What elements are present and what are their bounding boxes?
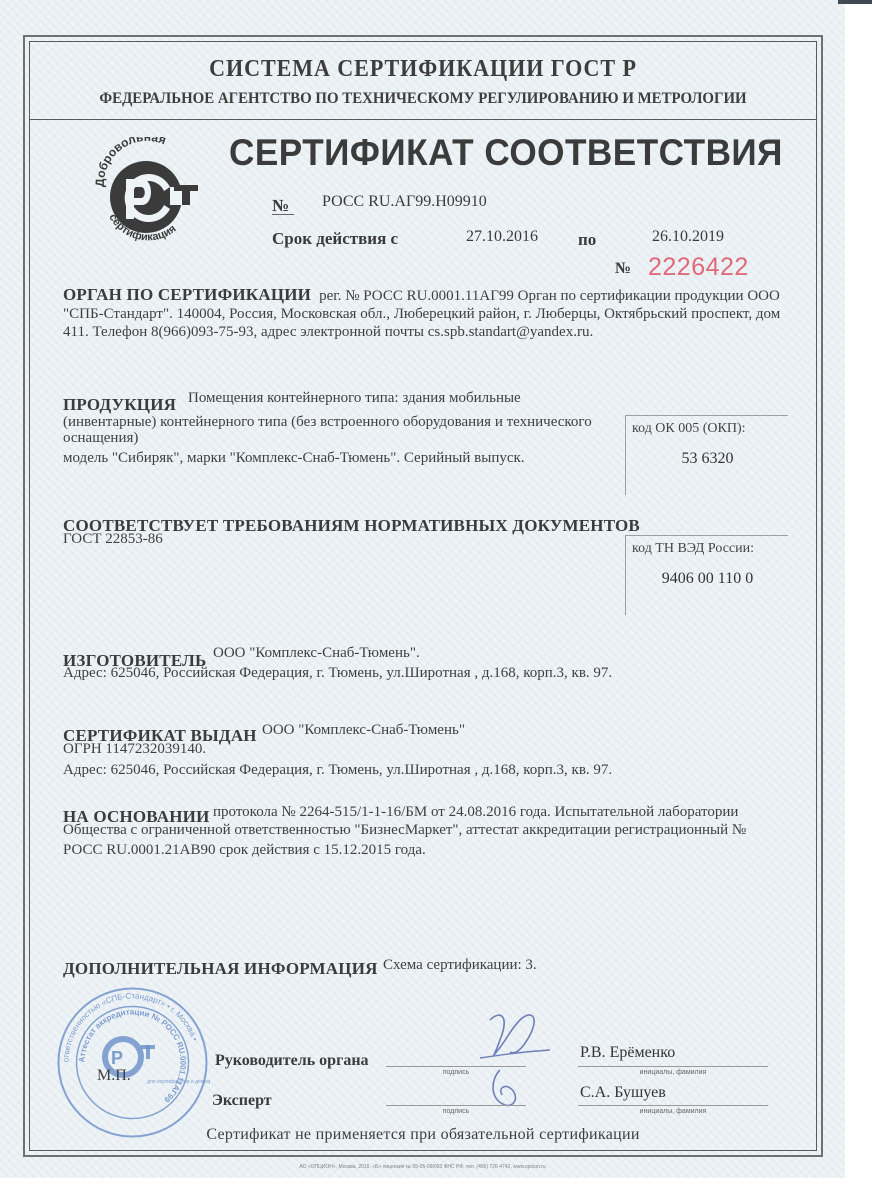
header-separator bbox=[29, 119, 817, 120]
tnved-code-box: код ТН ВЭД России: 9406 00 110 0 bbox=[625, 535, 788, 615]
scan-edge-mark bbox=[838, 0, 872, 4]
product-line-1: Помещения контейнерного типа: здания моб… bbox=[188, 390, 521, 407]
valid-to-label: по bbox=[578, 230, 596, 250]
stamp-placeholder-label: М.П. bbox=[97, 1067, 131, 1085]
manufacturer-name: ООО "Комплекс-Снаб-Тюмень". bbox=[213, 645, 420, 662]
product-label: ПРОДУКЦИЯ bbox=[63, 395, 176, 414]
validity-label: Срок действия с bbox=[272, 229, 398, 249]
okp-code-value: 53 6320 bbox=[626, 450, 789, 468]
not-mandatory-note: Сертификат не применяется при обязательн… bbox=[29, 1126, 817, 1144]
head-name-line bbox=[578, 1066, 768, 1067]
head-signature-caption: подпись bbox=[386, 1069, 526, 1076]
head-name: Р.В. Ерёменко bbox=[580, 1044, 675, 1062]
agency-title: ФЕДЕРАЛЬНОЕ АГЕНТСТВО ПО ТЕХНИЧЕСКОМУ РЕ… bbox=[57, 90, 790, 108]
basis-line-3: РОСС RU.0001.21АВ90 срок действия с 15.1… bbox=[63, 842, 426, 859]
expert-signature-line bbox=[386, 1105, 526, 1106]
number-sign: № bbox=[272, 196, 289, 216]
expert-signature-caption: подпись bbox=[386, 1108, 526, 1115]
product-line-4: модель "Сибиряк", марки "Комплекс-Снаб-Т… bbox=[63, 450, 525, 467]
issued-to-address: Адрес: 625046, Российская Федерация, г. … bbox=[63, 762, 612, 779]
handwritten-signature-icon bbox=[460, 1000, 570, 1120]
certification-body-section: ОРГАН ПО СЕРТИФИКАЦИИрег. № РОСС RU.0001… bbox=[63, 286, 783, 341]
system-title: СИСТЕМА СЕРТИФИКАЦИИ ГОСТ Р bbox=[61, 56, 786, 83]
expert-name-caption: инициалы, фамилия bbox=[578, 1108, 768, 1115]
okp-code-box: код ОК 005 (ОКП): 53 6320 bbox=[625, 415, 788, 495]
issued-to-ogrn: ОГРН 1147232039140. bbox=[63, 741, 206, 758]
basis-line-2: Общества с ограниченной ответственностью… bbox=[63, 822, 746, 839]
issued-to-name: ООО "Комплекс-Снаб-Тюмень" bbox=[262, 722, 465, 739]
expert-name: С.А. Бушуев bbox=[580, 1084, 666, 1102]
certificate-title: СЕРТИФИКАТ СООТВЕТСТВИЯ bbox=[229, 132, 783, 174]
additional-info-label: ДОПОЛНИТЕЛЬНАЯ ИНФОРМАЦИЯ bbox=[63, 959, 378, 979]
expert-label: Эксперт bbox=[212, 1092, 272, 1110]
basis-line-1: протокола № 2264-515/1-1-16/БМ от 24.08.… bbox=[213, 804, 738, 821]
tnved-code-value: 9406 00 110 0 bbox=[626, 570, 789, 588]
svg-text:P: P bbox=[111, 1048, 123, 1068]
certification-body-stamp-icon: ответственностью «СПБ-Стандарт» • г. Мос… bbox=[55, 985, 210, 1140]
certification-body-label: ОРГАН ПО СЕРТИФИКАЦИИ bbox=[63, 285, 311, 304]
tnved-code-label: код ТН ВЭД России: bbox=[632, 541, 754, 557]
okp-code-label: код ОК 005 (ОКП): bbox=[632, 421, 746, 437]
gost-r-voluntary-logo-icon: Добровольная сертификация bbox=[92, 137, 202, 247]
valid-to-date: 26.10.2019 bbox=[652, 228, 724, 246]
product-section: ПРОДУКЦИЯ bbox=[63, 395, 176, 415]
head-of-body-label: Руководитель органа bbox=[215, 1052, 369, 1070]
printer-imprint: АО «ОПЦИОН», Москва, 2016, «Б» лицензия … bbox=[0, 1164, 845, 1170]
manufacturer-address: Адрес: 625046, Российская Федерация, г. … bbox=[63, 665, 612, 682]
head-signature-line bbox=[386, 1066, 526, 1067]
compliance-standard: ГОСТ 22853-86 bbox=[63, 531, 163, 548]
additional-info-text: Схема сертификации: 3. bbox=[383, 957, 537, 974]
svg-text:для сертификатов и деклараций: для сертификатов и деклараций bbox=[147, 1078, 210, 1085]
blank-number-sign: № bbox=[615, 260, 631, 278]
product-line-2: (инвентарные) контейнерного типа (без вс… bbox=[63, 414, 592, 431]
blank-serial-number: 2226422 bbox=[648, 253, 749, 282]
head-name-caption: инициалы, фамилия bbox=[578, 1069, 768, 1076]
number-underline bbox=[272, 214, 294, 215]
certificate-number: РОСС RU.АГ99.Н09910 bbox=[322, 193, 487, 211]
expert-name-line bbox=[578, 1105, 768, 1106]
valid-from-date: 27.10.2016 bbox=[466, 228, 538, 246]
product-line-3: оснащения) bbox=[63, 430, 138, 447]
